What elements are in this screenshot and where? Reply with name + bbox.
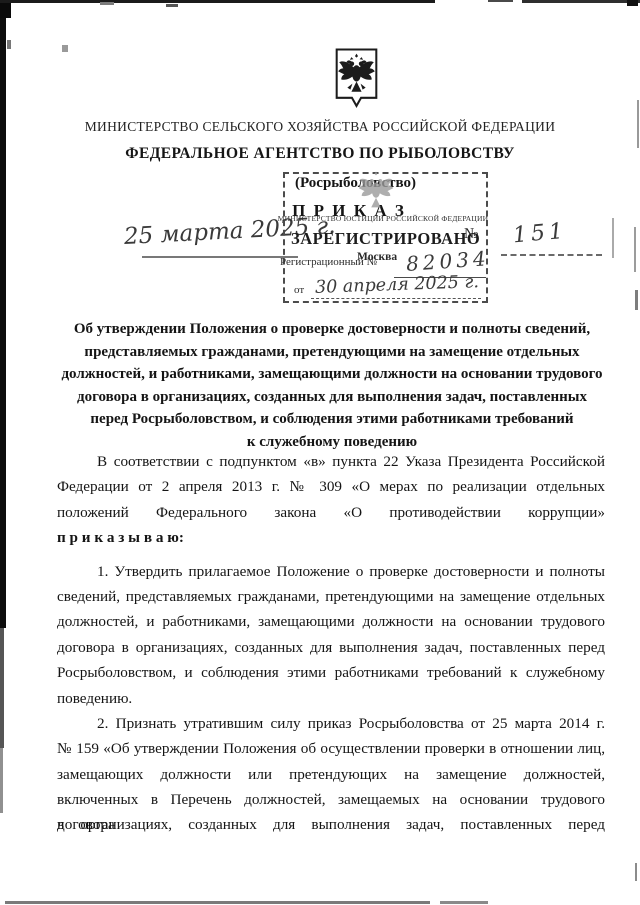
text-line: № 159 «Об утверждении Положения об осуще…: [57, 736, 605, 761]
order-title-line: должностей, и работниками, замещающими д…: [52, 363, 612, 386]
scan-artifact-speck3: [166, 4, 178, 7]
handwritten-order-number: 151: [512, 219, 568, 249]
scan-artifact-left-bar: [0, 0, 6, 628]
order-title-line: перед Росрыболовством, и соблюдения этим…: [52, 408, 612, 431]
order-title-line: Об утверждении Положения о проверке дост…: [52, 318, 612, 341]
text-line: должностей, и работниками, замещающими д…: [57, 609, 605, 634]
scan-artifact-speck4: [100, 2, 114, 5]
text-line: замещающих должности или претендующих на…: [57, 762, 605, 787]
text-line: положений Федерального закона «О противо…: [57, 500, 605, 525]
scan-artifact-top-line: [0, 0, 435, 3]
russia-coat-of-arms-icon: [334, 47, 379, 110]
text-line: включенных в Перечень должностей, замеща…: [57, 787, 605, 812]
scan-artifact-right-line3: [634, 227, 636, 272]
scan-artifact-left-bar-fade: [0, 628, 4, 748]
stamp-ministry-line: МИНИСТЕРСТВО ЮСТИЦИИ РОССИЙСКОЙ ФЕДЕРАЦИ…: [277, 214, 489, 223]
text-line: 2. Признать утратившим силу приказ Росры…: [57, 711, 605, 736]
text-line: поведению.: [57, 686, 605, 711]
scan-artifact-right-mark2: [635, 863, 637, 881]
text-line: сведений, представляемых гражданами, пре…: [57, 584, 605, 609]
stamp-registered-label: ЗАРЕГИСТРИРОВАНО: [291, 229, 469, 249]
ministry-name: МИНИСТЕРСТВО СЕЛЬСКОГО ХОЗЯЙСТВА РОССИЙС…: [0, 119, 640, 135]
scan-artifact-top-line-mid: [488, 0, 513, 2]
scan-artifact-bottom-line2: [440, 901, 488, 904]
text-line: В соответствии с подпунктом «в» пункта 2…: [57, 449, 605, 474]
agency-name: ФЕДЕРАЛЬНОЕ АГЕНТСТВО ПО РЫБОЛОВСТВУ: [0, 145, 640, 163]
text-line: договора в организациях, созданных для в…: [57, 635, 605, 660]
scan-artifact-top-line-right: [522, 0, 640, 3]
item-1-paragraph: 1. Утвердить прилагаемое Положение о про…: [57, 559, 605, 711]
stamp-eagle-emblem-icon: [355, 169, 397, 217]
stamp-registration-number-label: Регистрационный №: [280, 256, 377, 268]
intro-paragraph: В соответствии с подпунктом «в» пункта 2…: [57, 449, 605, 525]
scan-artifact-corner-blob: [0, 0, 11, 18]
order-title-line: договора в организациях, созданных для в…: [52, 386, 612, 409]
scan-artifact-top-right-blob: [627, 0, 638, 6]
order-title: Об утверждении Положения о проверке дост…: [52, 318, 612, 454]
scan-artifact-left-bar-fade2: [0, 748, 3, 813]
item-2-paragraph: 2. Признать утратившим силу приказ Росры…: [57, 711, 605, 838]
text-line: Росрыболовством, и соблюдения этими рабо…: [57, 660, 605, 685]
scanned-order-document: МИНИСТЕРСТВО СЕЛЬСКОГО ХОЗЯЙСТВА РОССИЙС…: [0, 0, 640, 905]
stamp-from-label: от: [294, 284, 304, 296]
text-line: в организациях, созданных для выполнения…: [57, 812, 605, 837]
scan-artifact-speck2: [62, 45, 68, 52]
scan-artifact-bottom-line: [5, 901, 430, 904]
order-title-line: представляемых гражданами, претендующими…: [52, 341, 612, 364]
scan-artifact-right-line2: [612, 218, 614, 258]
text-line: Федерации от 2 апреля 2013 г. № 309 «О м…: [57, 474, 605, 499]
text-line: 1. Утвердить прилагаемое Положение о про…: [57, 559, 605, 584]
order-body: В соответствии с подпунктом «в» пункта 2…: [57, 449, 605, 838]
scan-artifact-speck1: [7, 40, 11, 49]
order-word-line: п р и к а з ы в а ю:: [57, 525, 605, 550]
scan-artifact-right-mark: [635, 290, 638, 310]
